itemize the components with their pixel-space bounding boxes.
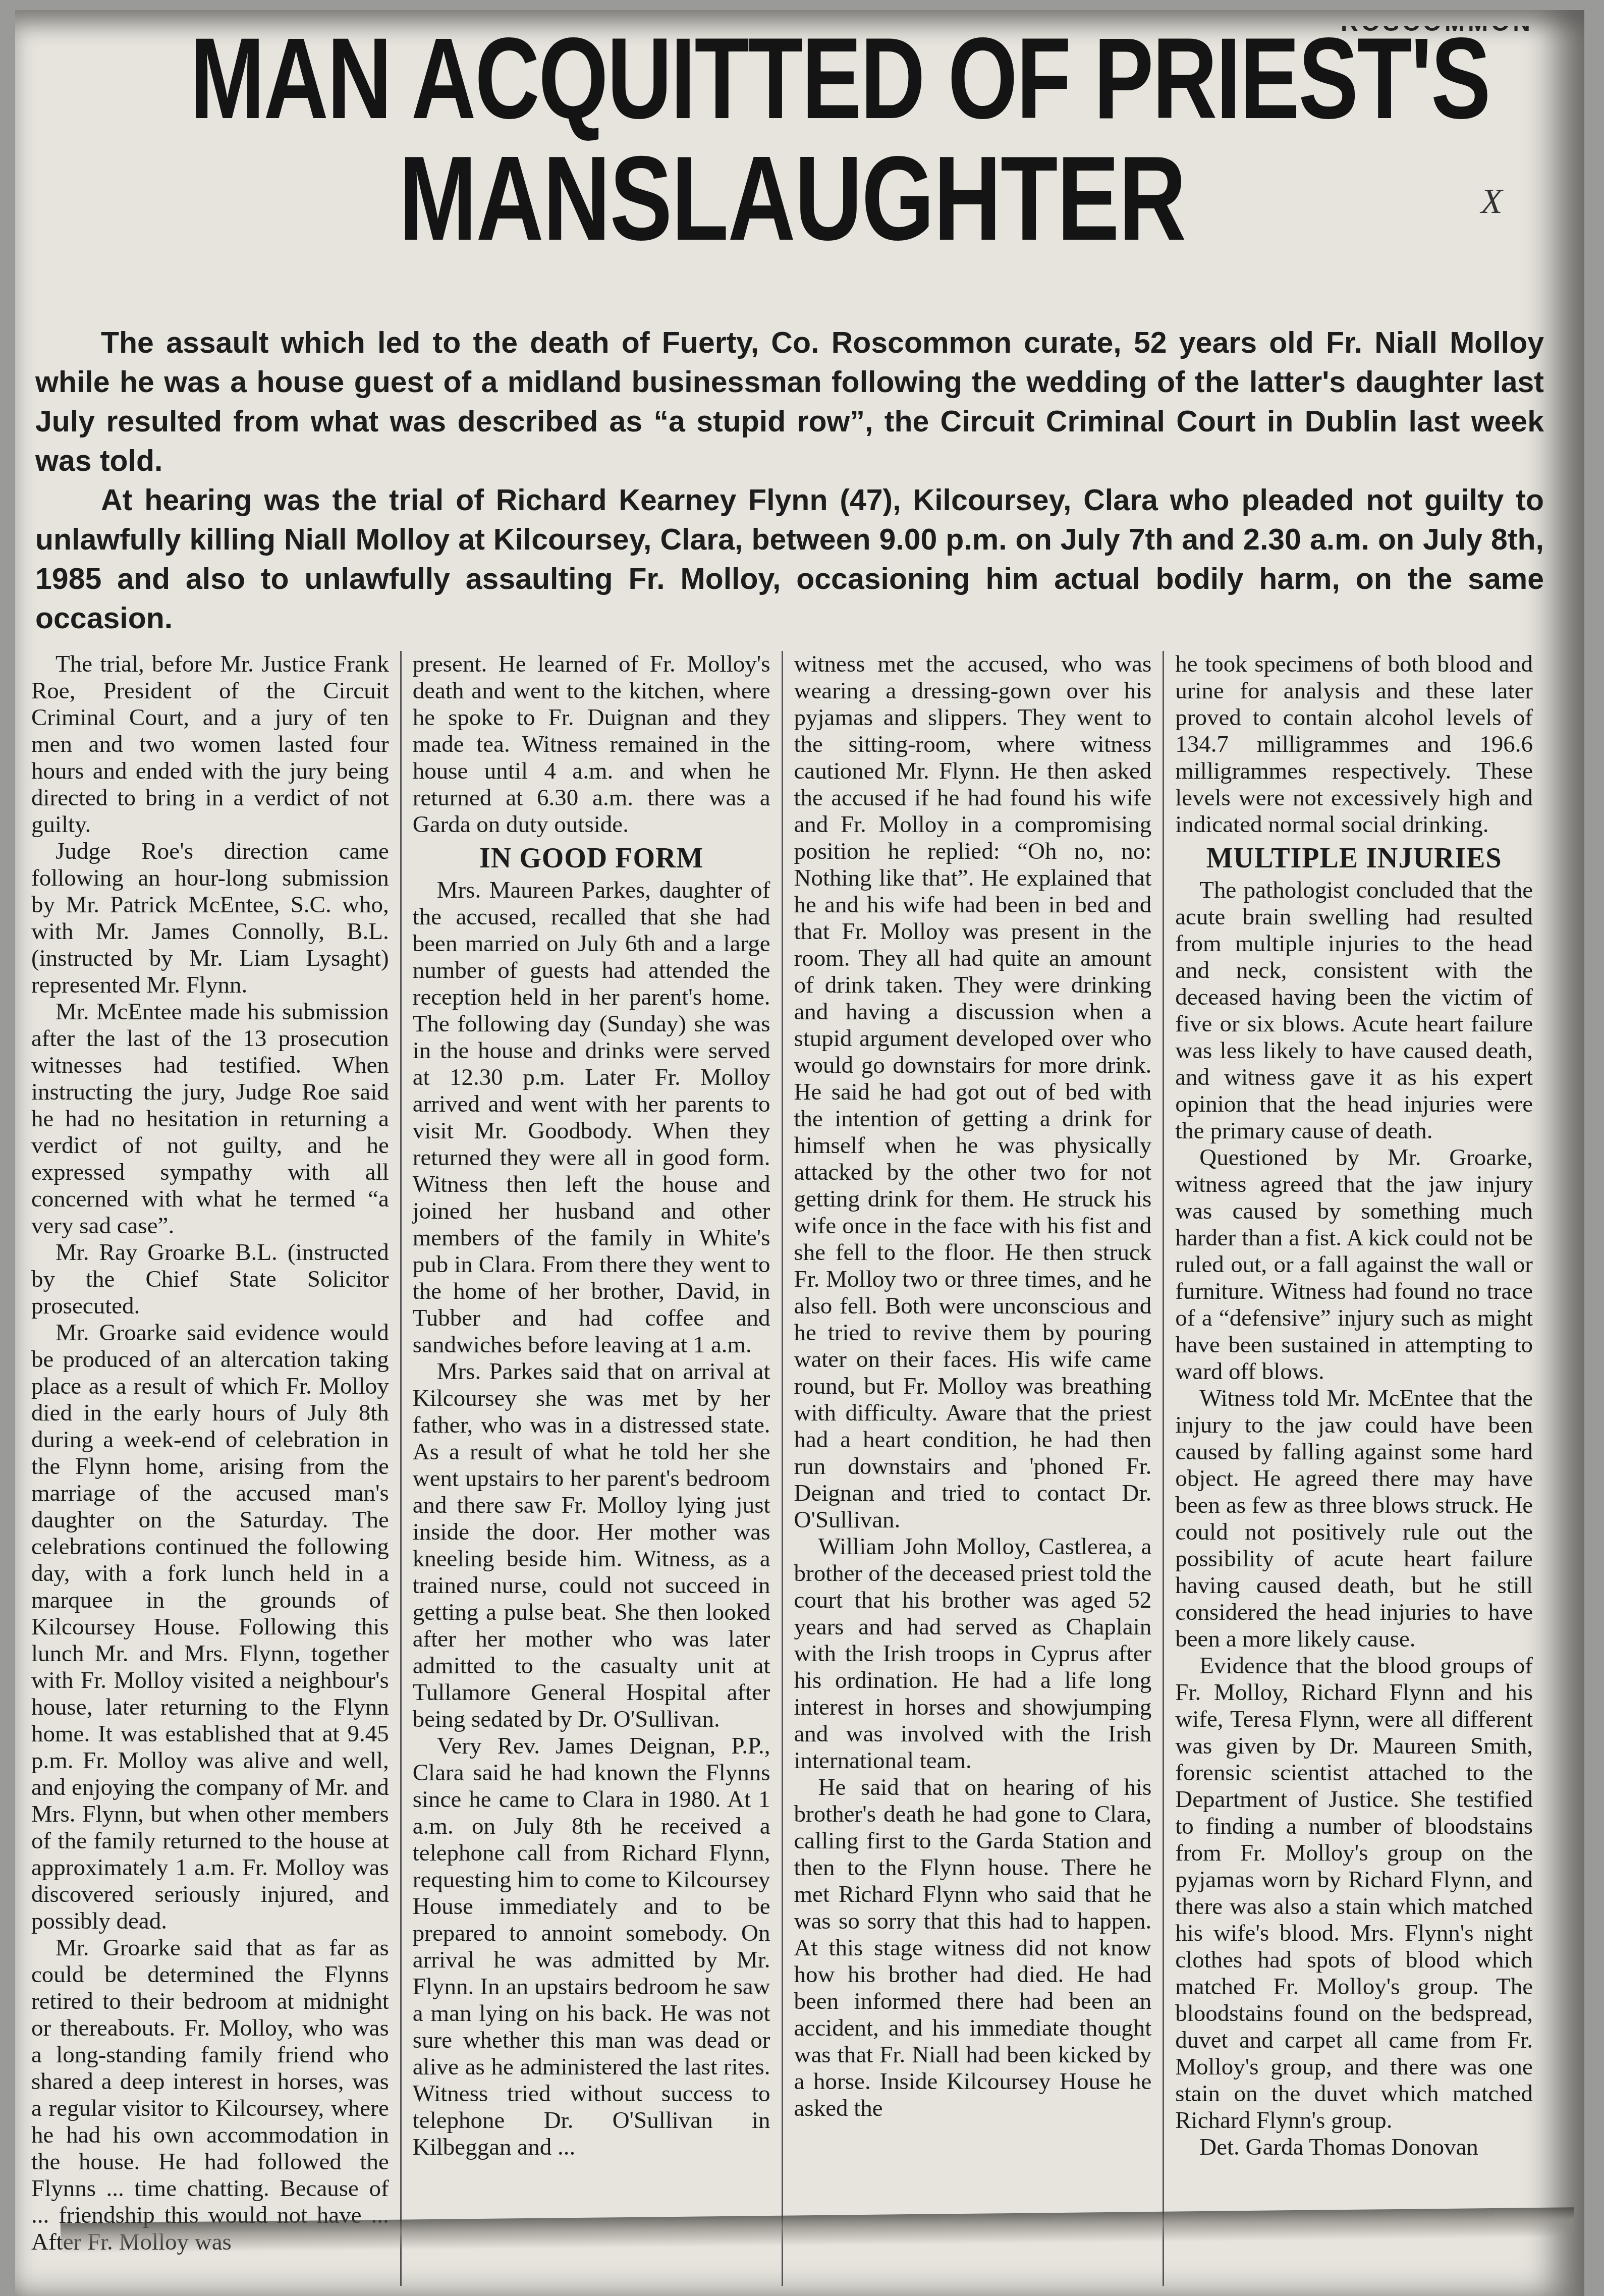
subheading: IN GOOD FORM [413,845,770,872]
body-paragraph: Questioned by Mr. Groarke, witness agree… [1175,1144,1533,1385]
body-paragraph: The trial, before Mr. Justice Frank Roe,… [31,651,389,838]
body-paragraph: witness met the accused, who was wearing… [794,651,1152,1534]
subheading: MULTIPLE INJURIES [1175,845,1533,872]
body-paragraph: Mrs. Maureen Parkes, daughter of the acc… [413,877,770,1358]
body-paragraph: Judge Roe's direction came following an … [31,838,389,999]
body-paragraph: Mr. Ray Groarke B.L. (instructed by the … [31,1239,389,1320]
standfirst-paragraph: The assault which led to the death of Fu… [35,323,1544,480]
headline-line-2: MANSLAUGHTER [190,138,1395,260]
body-paragraph: he took specimens of both blood and urin… [1175,651,1533,838]
article-body: The trial, before Mr. Justice Frank Roe,… [20,651,1544,2286]
column: present. He learned of Fr. Molloy's deat… [402,651,783,2286]
standfirst-paragraph: At hearing was the trial of Richard Kear… [35,480,1544,638]
headline-line-1: MAN ACQUITTED OF PRIEST'S [190,20,1395,138]
headline: MAN ACQUITTED OF PRIEST'S MANSLAUGHTER [20,20,1564,260]
body-paragraph: Det. Garda Thomas Donovan [1175,2134,1533,2161]
handwritten-mark: X [1481,182,1503,222]
body-paragraph: Evidence that the blood groups of Fr. Mo… [1175,1653,1533,2134]
body-paragraph: Mrs. Parkes said that on arrival at Kilc… [413,1358,770,1733]
body-paragraph: Mr. Groarke said evidence would be produ… [31,1320,389,1935]
body-paragraph: Mr. McEntee made his submission after th… [31,999,389,1239]
column: The trial, before Mr. Justice Frank Roe,… [20,651,402,2286]
body-paragraph: Very Rev. James Deignan, P.P., Clara sai… [413,1733,770,2161]
column: witness met the accused, who was wearing… [783,651,1165,2286]
body-paragraph: present. He learned of Fr. Molloy's deat… [413,651,770,838]
body-paragraph: William John Molloy, Castlerea, a brothe… [794,1534,1152,1774]
body-paragraph: The pathologist concluded that the acute… [1175,877,1533,1144]
body-paragraph: He said that on hearing of his brother's… [794,1774,1152,2122]
body-paragraph: Witness told Mr. McEntee that the injury… [1175,1385,1533,1653]
standfirst: The assault which led to the death of Fu… [35,323,1544,638]
body-paragraph: Mr. Groarke said that as far as could be… [31,1935,389,2256]
column: he took specimens of both blood and urin… [1164,651,1544,2286]
